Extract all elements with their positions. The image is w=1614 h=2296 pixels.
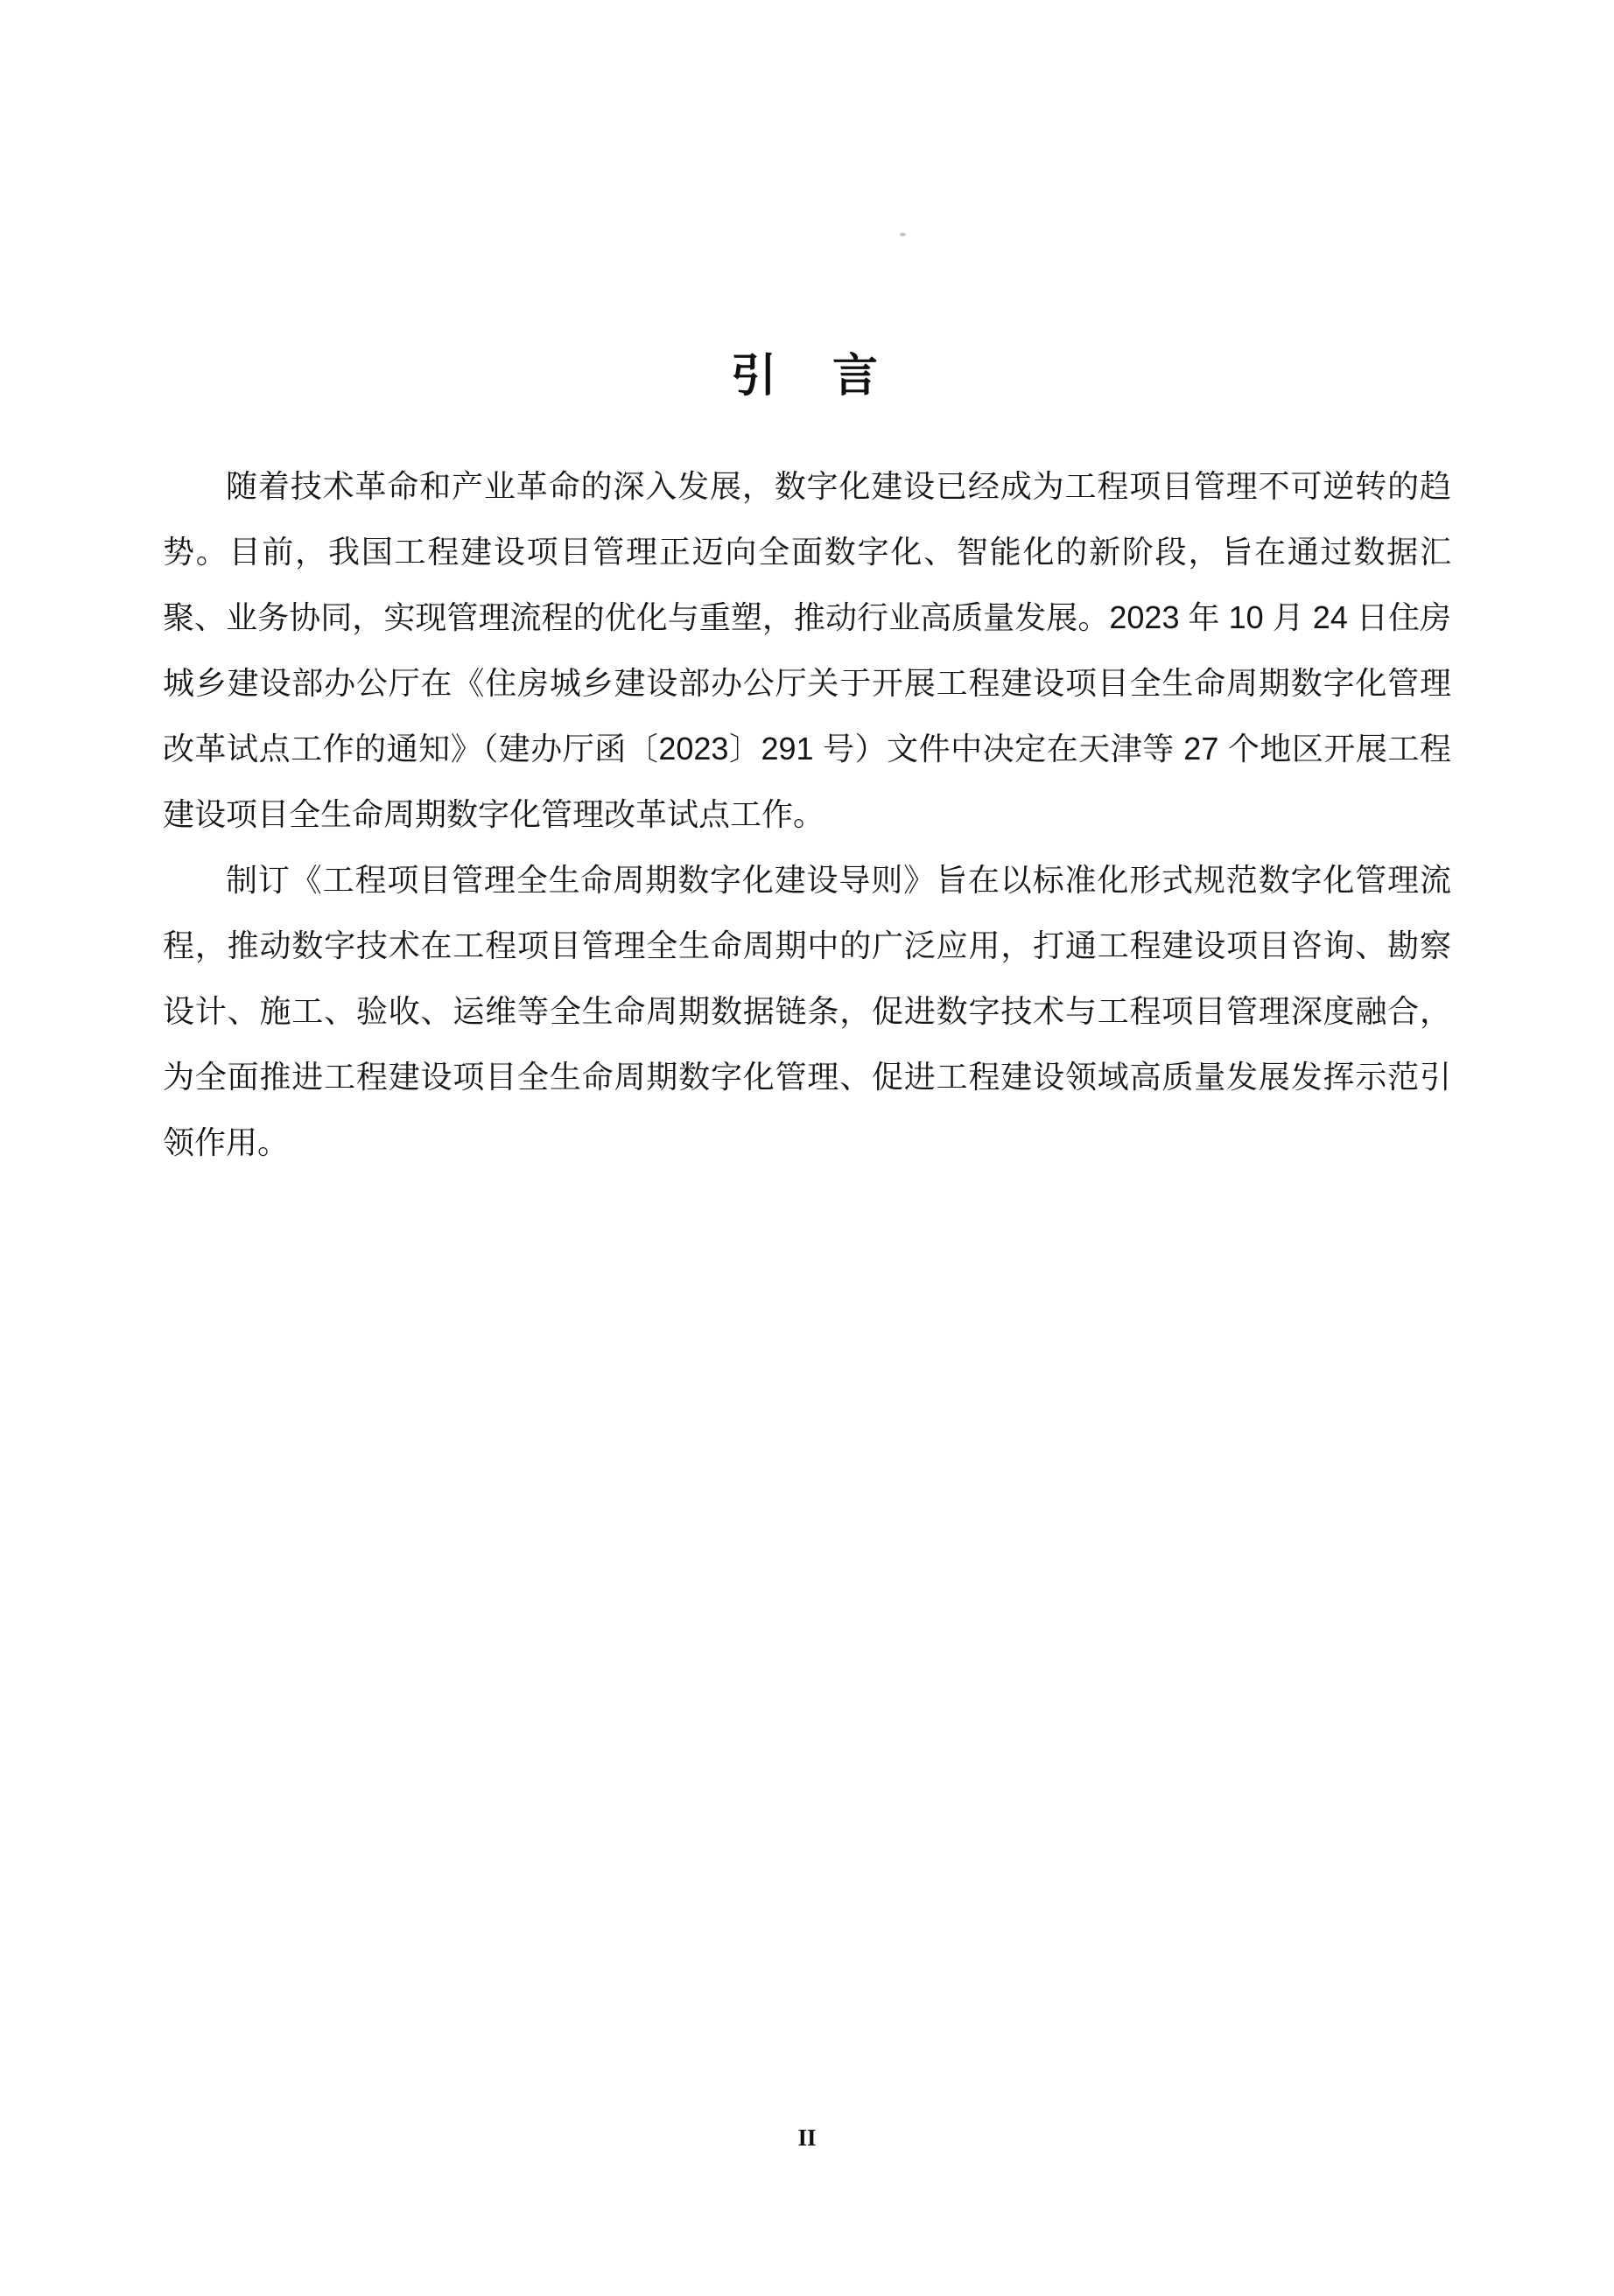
page-number: II xyxy=(797,2124,816,2151)
page-footer: II xyxy=(0,2124,1614,2152)
document-page: 引 言 随着技术革命和产业革命的深入发展，数字化建设已经成为工程项目管理不可逆转… xyxy=(0,0,1614,2296)
scan-artifact-dot xyxy=(900,233,906,236)
paragraph-intro-purpose: 制订《工程项目管理全生命周期数字化建设导则》旨在以标准化形式规范数字化管理流程，… xyxy=(163,847,1451,1175)
document-body: 随着技术革命和产业革命的深入发展，数字化建设已经成为工程项目管理不可逆转的趋势。… xyxy=(163,453,1451,1175)
page-title: 引 言 xyxy=(0,339,1614,404)
paragraph-intro-background: 随着技术革命和产业革命的深入发展，数字化建设已经成为工程项目管理不可逆转的趋势。… xyxy=(163,453,1451,847)
